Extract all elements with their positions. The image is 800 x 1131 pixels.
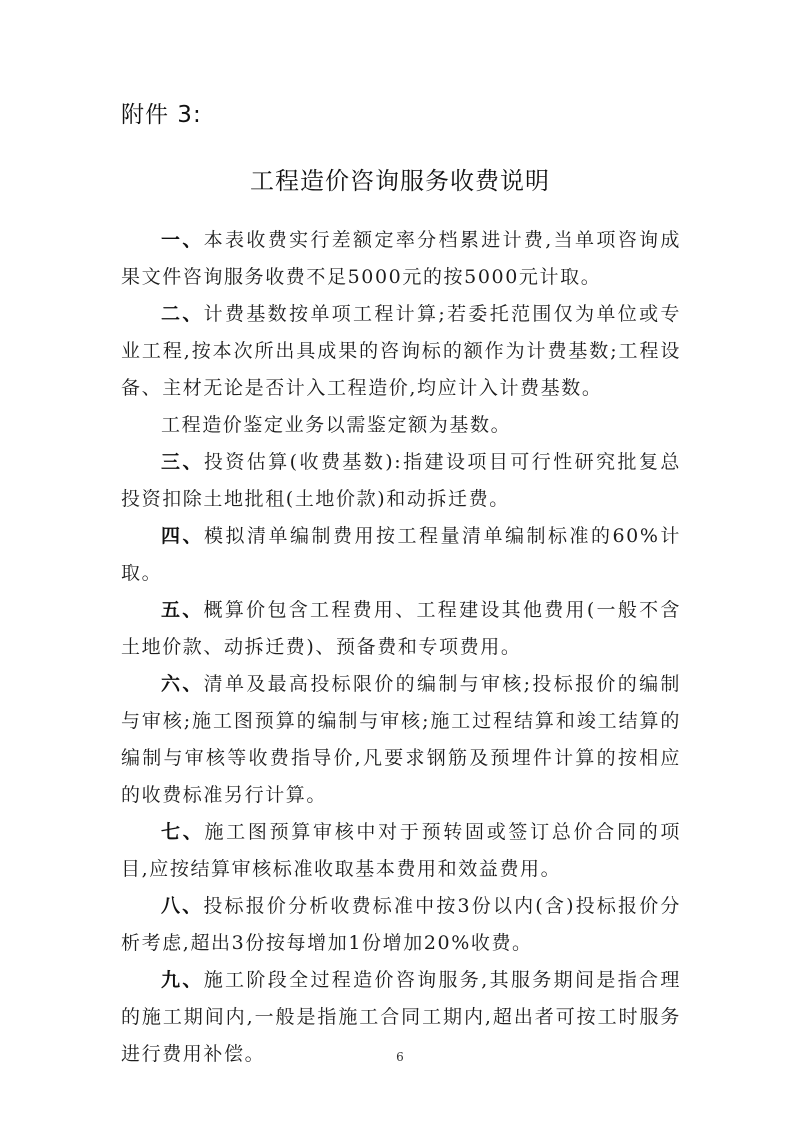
paragraph-text: 清单及最高投标限价的编制与审核;投标报价的编制与审核;施工图预算的编制与审核;施… [121,673,681,806]
paragraph-number: 二、 [161,303,204,325]
paragraph-text: 本表收费实行差额定率分档累进计费,当单项咨询成果文件咨询服务收费不足5000元的… [121,229,681,288]
paragraph-number: 八、 [161,895,203,917]
paragraph-4: 四、模拟清单编制费用按工程量清单编制标准的60%计取。 [121,518,681,592]
paragraph-text: 投标报价分析收费标准中按3份以内(含)投标报价分析考虑,超出3份按每增加1份增加… [121,895,681,954]
page-title: 工程造价咨询服务收费说明 [0,165,800,197]
paragraph-6: 六、清单及最高投标限价的编制与审核;投标报价的编制与审核;施工图预算的编制与审核… [121,666,681,814]
paragraph-text: 计费基数按单项工程计算;若委托范围仅为单位或专业工程,按本次所出具成果的咨询标的… [121,303,681,399]
paragraph-3: 三、投资估算(收费基数):指建设项目可行性研究批复总投资扣除土地批租(土地价款)… [121,444,681,518]
paragraph-7: 七、施工图预算审核中对于预转固或签订总价合同的项目,应按结算审核标准收取基本费用… [121,814,681,888]
document-body: 一、本表收费实行差额定率分档累进计费,当单项咨询成果文件咨询服务收费不足5000… [121,222,681,1073]
paragraph-number: 六、 [161,673,204,695]
paragraph-text: 投资估算(收费基数):指建设项目可行性研究批复总投资扣除土地批租(土地价款)和动… [121,451,681,510]
paragraph-8: 八、投标报价分析收费标准中按3份以内(含)投标报价分析考虑,超出3份按每增加1份… [121,888,681,962]
paragraph-text: 模拟清单编制费用按工程量清单编制标准的60%计取。 [121,525,681,584]
document-page: 附件 3: 工程造价咨询服务收费说明 一、本表收费实行差额定率分档累进计费,当单… [0,0,800,1131]
paragraph-text: 概算价包含工程费用、工程建设其他费用(一般不含土地价款、动拆迁费)、预备费和专项… [121,599,681,658]
paragraph-2-note: 工程造价鉴定业务以需鉴定额为基数。 [121,407,681,444]
paragraph-number: 一、 [161,229,204,251]
paragraph-5: 五、概算价包含工程费用、工程建设其他费用(一般不含土地价款、动拆迁费)、预备费和… [121,592,681,666]
paragraph-number: 七、 [161,821,204,843]
paragraph-2: 二、计费基数按单项工程计算;若委托范围仅为单位或专业工程,按本次所出具成果的咨询… [121,296,681,407]
paragraph-text: 工程造价鉴定业务以需鉴定额为基数。 [161,414,511,436]
paragraph-number: 四、 [161,525,204,547]
paragraph-text: 施工图预算审核中对于预转固或签订总价合同的项目,应按结算审核标准收取基本费用和效… [121,821,681,880]
page-number: 6 [0,1050,800,1064]
attachment-label: 附件 3: [121,100,202,130]
paragraph-number: 五、 [161,599,204,621]
paragraph-number: 九、 [161,969,204,991]
paragraph-1: 一、本表收费实行差额定率分档累进计费,当单项咨询成果文件咨询服务收费不足5000… [121,222,681,296]
paragraph-number: 三、 [161,451,204,473]
